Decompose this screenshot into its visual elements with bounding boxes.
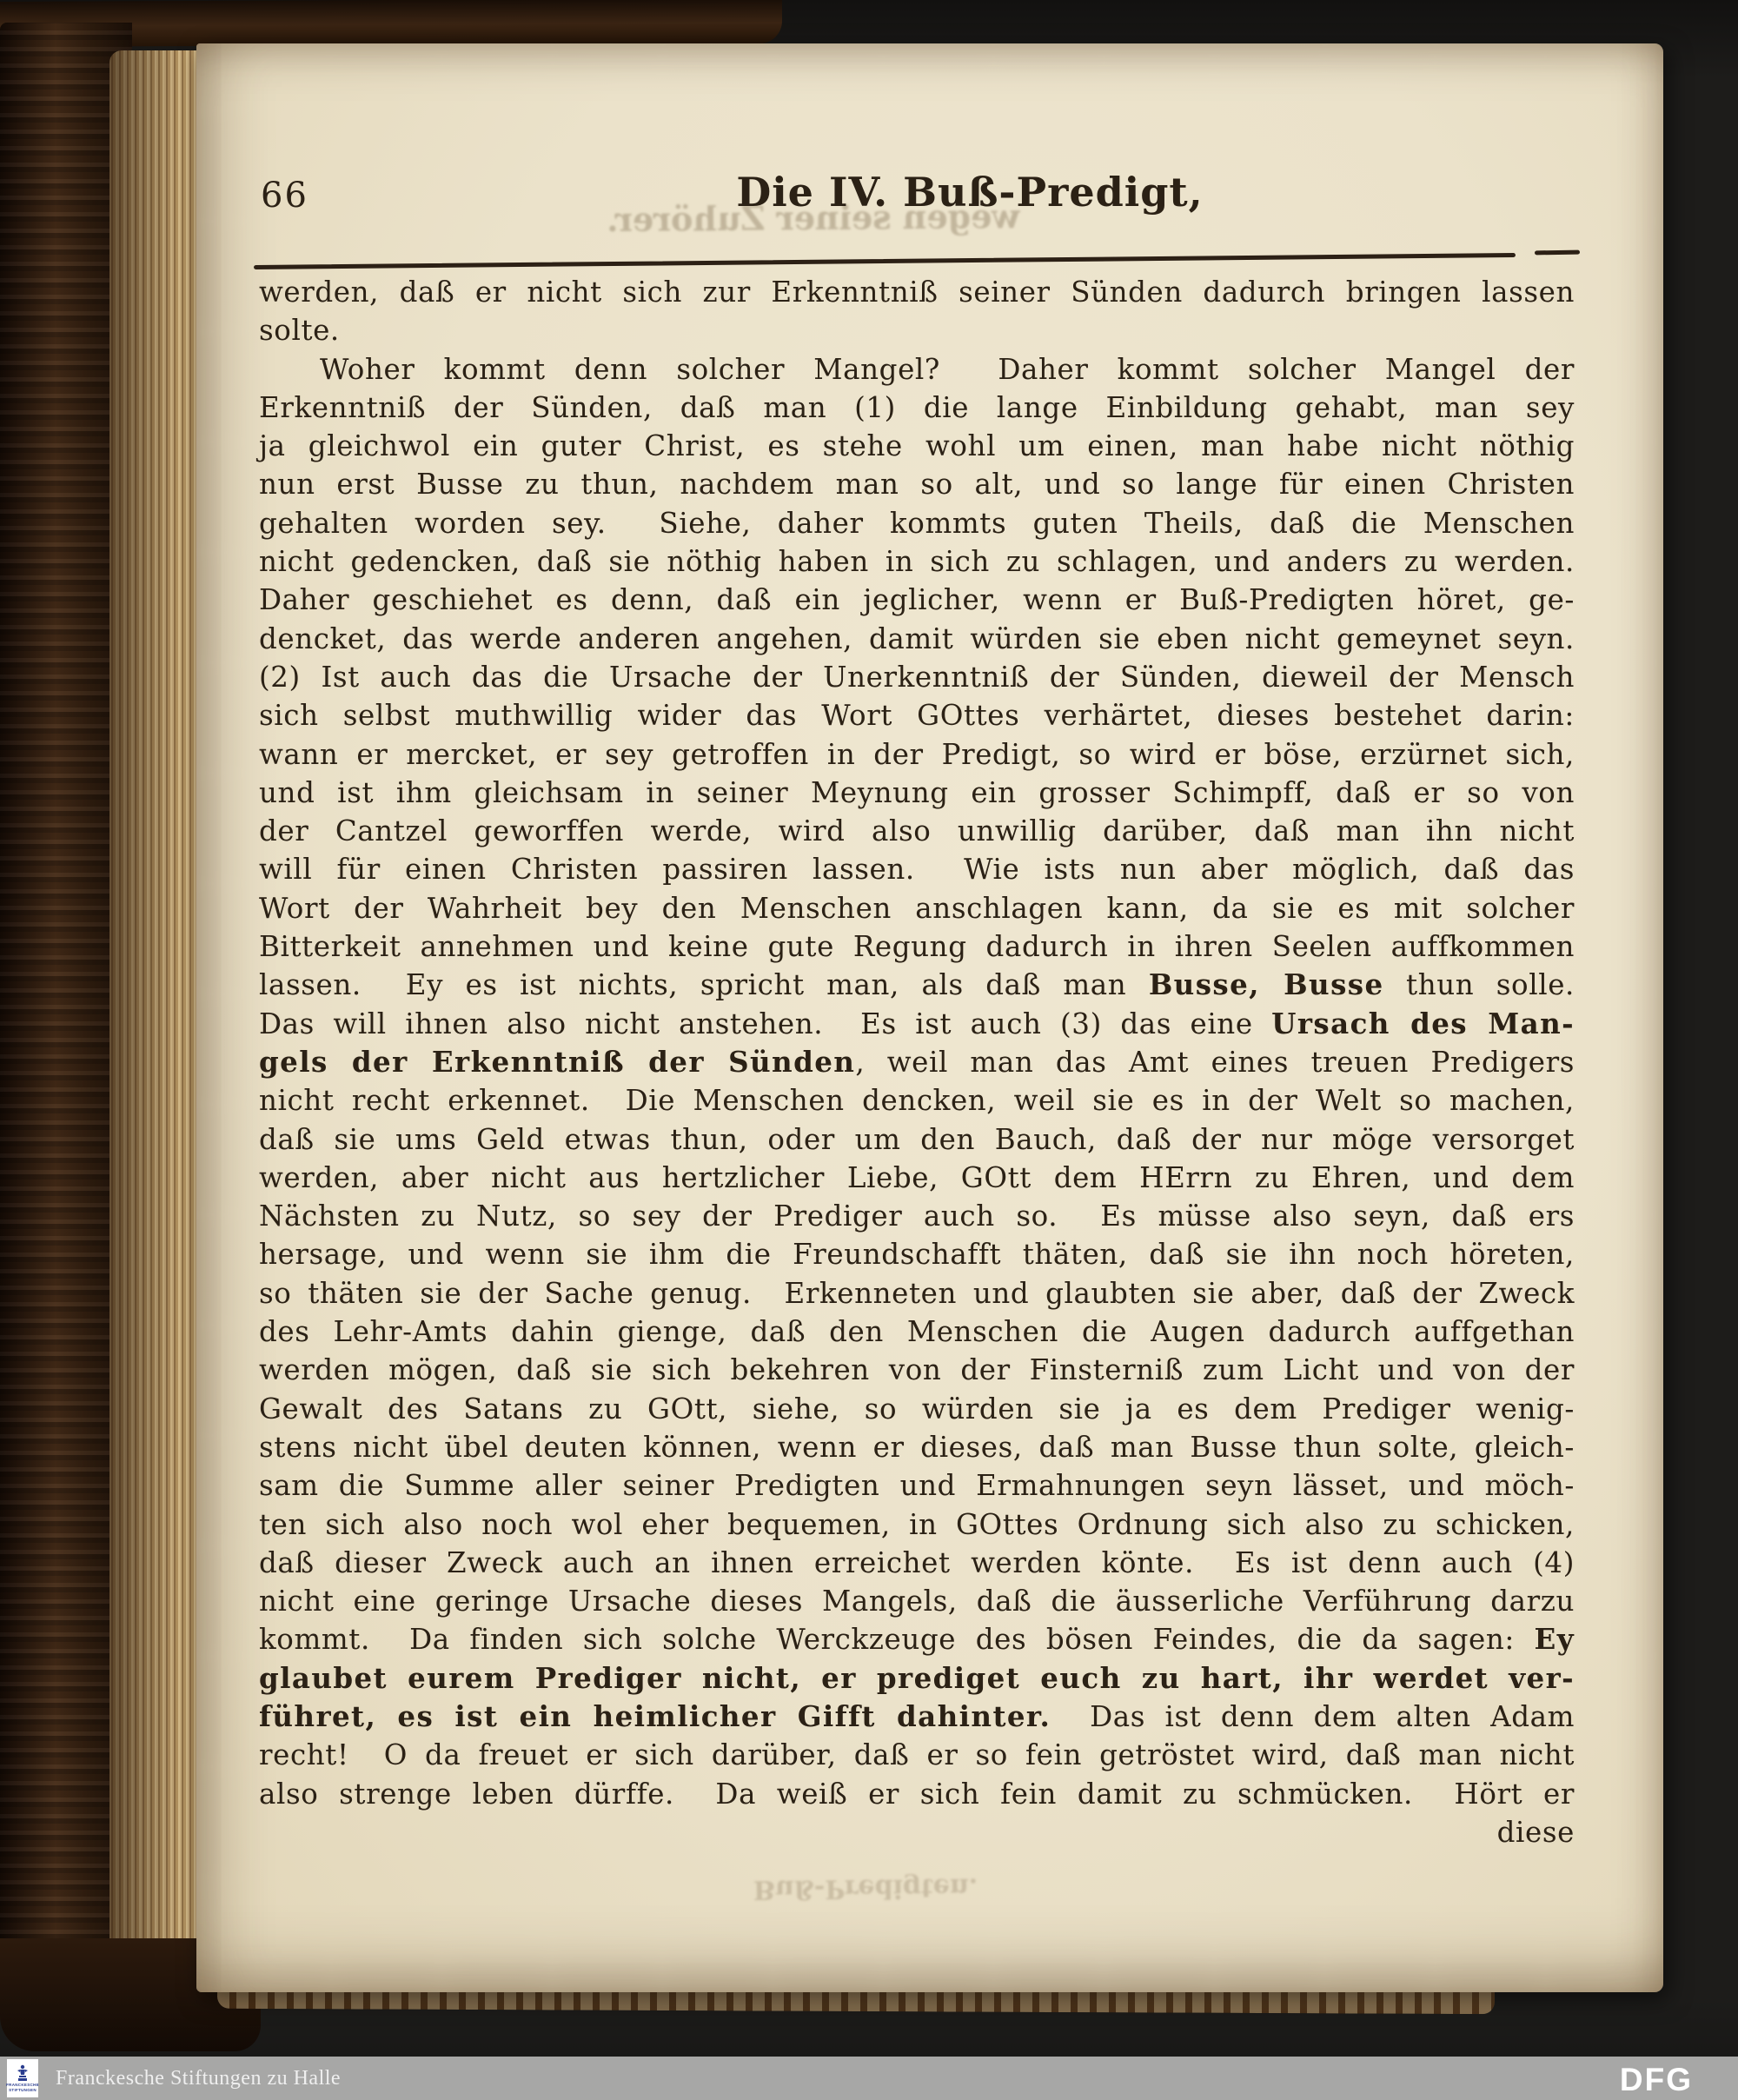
text-line: Wort der Wahrheit bey den Menschen ansch… <box>259 889 1575 927</box>
text-line: und ist ihm gleichsam in seiner Meynung … <box>259 774 1575 812</box>
text-line: der Cantzel geworffen werde, wird also u… <box>259 812 1575 850</box>
logo-caption-line2: STIFTUNGEN <box>9 2088 36 2092</box>
text-line: hersage, und wenn sie ihm die Freundscha… <box>259 1235 1575 1273</box>
book-page: wegen seiner Zuhörer. 66 Die IV. Buß-Pre… <box>196 43 1663 1992</box>
bleedthrough-bottom-text: Buß-Predigten. <box>561 1870 1170 1906</box>
text-line: solte. <box>259 311 1575 349</box>
text-line: also strenge leben dürffe. Da weiß er si… <box>259 1775 1575 1813</box>
text-line: (2) Ist auch das die Ursache der Unerken… <box>259 658 1575 696</box>
page-block-edge <box>109 50 203 1989</box>
text-line: gels der Erkenntniß der Sünden, weil man… <box>259 1043 1575 1081</box>
text-line: sam die Summe aller seiner Predigten und… <box>259 1466 1575 1505</box>
text-line: stens nicht übel deuten können, wenn er … <box>259 1428 1575 1466</box>
text-line: recht! O da freuet er sich darüber, daß … <box>259 1736 1575 1774</box>
text-line: führet, es ist ein heimlicher Gifft dahi… <box>259 1698 1575 1736</box>
text-line: nicht gedencken, daß sie nöthig haben in… <box>259 542 1575 581</box>
text-line: werden, daß er nicht sich zur Erkenntniß… <box>259 273 1575 311</box>
text-line: sich selbst muthwillig wider das Wort GO… <box>259 696 1575 734</box>
text-line: Gewalt des Satans zu GOtt, siehe, so wür… <box>259 1390 1575 1428</box>
text-line: will für einen Christen passiren lassen.… <box>259 850 1575 888</box>
text-line: kommt. Da finden sich solche Werckzeuge … <box>259 1620 1575 1658</box>
scanned-book-photo: { "page": { "number": "66", "header_titl… <box>0 0 1738 2100</box>
text-line: wann er mercket, er sey getroffen in der… <box>259 735 1575 774</box>
text-line: glaubet eurem Prediger nicht, er predige… <box>259 1659 1575 1698</box>
text-line: dencket, das werde anderen angehen, dami… <box>259 620 1575 658</box>
header-rule-segment <box>1535 250 1580 256</box>
text-line: diese <box>259 1813 1575 1851</box>
statue-icon <box>17 2064 29 2082</box>
page-number: 66 <box>261 176 308 216</box>
text-line: Nächsten zu Nutz, so sey der Prediger au… <box>259 1197 1575 1235</box>
text-line: Das will ihnen also nicht anstehen. Es i… <box>259 1005 1575 1043</box>
text-line: so thäten sie der Sache genug. Erkennete… <box>259 1274 1575 1312</box>
text-line: Daher geschiehet es denn, daß ein jeglic… <box>259 581 1575 619</box>
provenance-footer-bar: FRANCKESCHE STIFTUNGEN Franckesche Stift… <box>0 2057 1738 2100</box>
text-line: Woher kommt denn solcher Mangel? Daher k… <box>259 350 1575 389</box>
text-line: ja gleichwol ein guter Christ, es stehe … <box>259 427 1575 465</box>
text-line: nicht eine geringe Ursache dieses Mangel… <box>259 1582 1575 1620</box>
text-line: daß dieser Zweck auch an ihnen erreichet… <box>259 1544 1575 1582</box>
text-line: Bitterkeit annehmen und keine gute Regun… <box>259 927 1575 966</box>
text-line: werden mögen, daß sie sich bekehren von … <box>259 1351 1575 1389</box>
logo-caption-line1: FRANCKESCHE <box>6 2083 39 2087</box>
header-rule <box>254 253 1516 269</box>
text-line: nicht recht erkennet. Die Menschen denck… <box>259 1081 1575 1120</box>
text-line: nun erst Busse zu thun, nachdem man so a… <box>259 465 1575 503</box>
text-line: gehalten worden sey. Siehe, daher kommts… <box>259 504 1575 542</box>
dfg-logo: DFG <box>1620 2062 1693 2098</box>
running-header-title: Die IV. Buß-Predigt, <box>311 169 1629 216</box>
text-line: ten sich also noch wol eher bequemen, in… <box>259 1505 1575 1544</box>
text-block: werden, daß er nicht sich zur Erkenntniß… <box>259 273 1575 1851</box>
institution-name: Franckesche Stiftungen zu Halle <box>56 2067 341 2090</box>
text-line: lassen. Ey es ist nichts, spricht man, a… <box>259 966 1575 1004</box>
text-line: des Lehr-Amts dahin gienge, daß den Mens… <box>259 1312 1575 1351</box>
franckesche-stiftungen-logo: FRANCKESCHE STIFTUNGEN <box>7 2059 38 2097</box>
text-line: daß sie ums Geld etwas thun, oder um den… <box>259 1120 1575 1159</box>
text-line: Erkenntniß der Sünden, daß man (1) die l… <box>259 389 1575 427</box>
text-line: werden, aber nicht aus hertzlicher Liebe… <box>259 1159 1575 1197</box>
